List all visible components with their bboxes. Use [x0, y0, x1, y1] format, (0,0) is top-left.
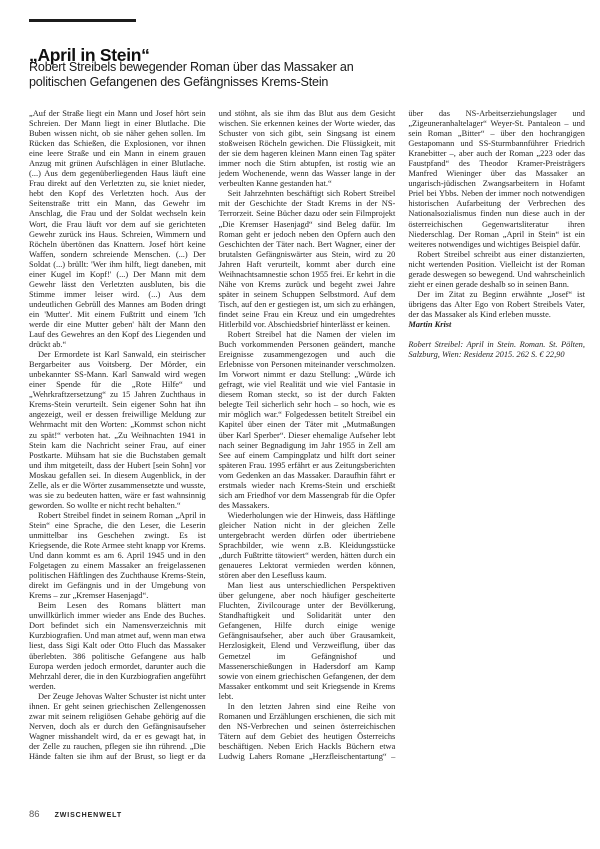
- body-paragraph: Wiederholungen wie der Hinweis, dass Häf…: [219, 511, 396, 581]
- body-paragraph: Beim Lesen des Romans blättert man unwil…: [29, 601, 206, 691]
- body-paragraph: Der Ermordete ist Karl Sanwald, ein stei…: [29, 350, 206, 511]
- body-paragraph: Robert Streibel findet in seinem Roman „…: [29, 511, 206, 601]
- page-footer: 86 ZWISCHENWELT: [29, 809, 122, 820]
- body-paragraph: Seit Jahrzehnten beschäftigt sich Robert…: [219, 189, 396, 330]
- body-paragraph: Martin Krist: [408, 320, 585, 330]
- body-paragraph: Der im Zitat zu Beginn erwähnte „Josef“ …: [408, 290, 585, 320]
- body-paragraph: Robert Streibel schreibt aus einer dista…: [408, 250, 585, 290]
- body-paragraph: „Auf der Straße liegt ein Mann und Josef…: [29, 109, 206, 350]
- article-subtitle: Robert Streibels bewegender Roman über d…: [29, 60, 391, 89]
- body-paragraph: Man liest aus unterschiedlichen Perspekt…: [219, 581, 396, 702]
- page-number: 86: [29, 809, 40, 820]
- article-columns: „Auf der Straße liegt ein Mann und Josef…: [29, 109, 585, 771]
- journal-name: ZWISCHENWELT: [55, 812, 122, 819]
- body-paragraph: Robert Streibel hat die Namen der vielen…: [219, 330, 396, 511]
- section-rule: [29, 19, 136, 22]
- body-paragraph: Robert Streibel: April in Stein. Roman. …: [408, 340, 585, 360]
- magazine-page: „April in Stein“ Robert Streibels bewege…: [0, 0, 600, 849]
